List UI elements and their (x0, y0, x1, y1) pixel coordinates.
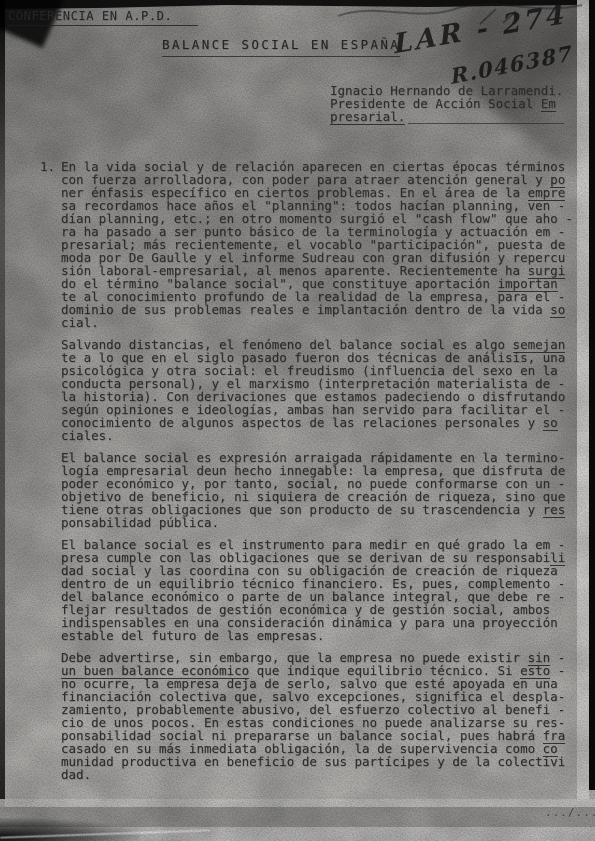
paragraph-1: En la vida social y de relación aparecen… (61, 160, 589, 329)
document-body: En la vida social y de relación aparecen… (61, 160, 589, 790)
paragraph-3: El balance social es expresión arraigada… (61, 451, 589, 529)
author-underline-rule (408, 123, 564, 124)
author-block: Ignacio Hernando de Larramendi.President… (330, 84, 563, 123)
scanned-document-page: CONFERENCIA EN A.P.D. BALANCE SOCIAL EN … (0, 0, 595, 841)
scan-corner-bottom-left (0, 818, 140, 841)
paragraph-4: El balance social es el instrumento para… (61, 538, 589, 642)
scan-edge-top (0, 0, 595, 9)
paragraph-2: Salvando distancias, el fenómeno del bal… (61, 338, 589, 442)
list-item-number: 1. (40, 160, 55, 173)
scan-scratch-line (0, 829, 210, 838)
conference-label: CONFERENCIA EN A.P.D. (8, 9, 198, 26)
scan-edge-right (589, 0, 595, 790)
scan-edge-left (0, 0, 5, 841)
scan-band-bottom-light (0, 799, 595, 807)
scan-band-bottom-gray (0, 807, 595, 827)
page-title: BALANCE SOCIAL EN ESPAÑA (162, 37, 400, 57)
scan-band-bottom-edge (0, 827, 595, 841)
continuation-mark: .../... (545, 806, 595, 819)
handwritten-registry-number: R.046387 (450, 40, 574, 89)
paragraph-5: Debe advertirse, sin embargo, que la emp… (61, 651, 589, 781)
